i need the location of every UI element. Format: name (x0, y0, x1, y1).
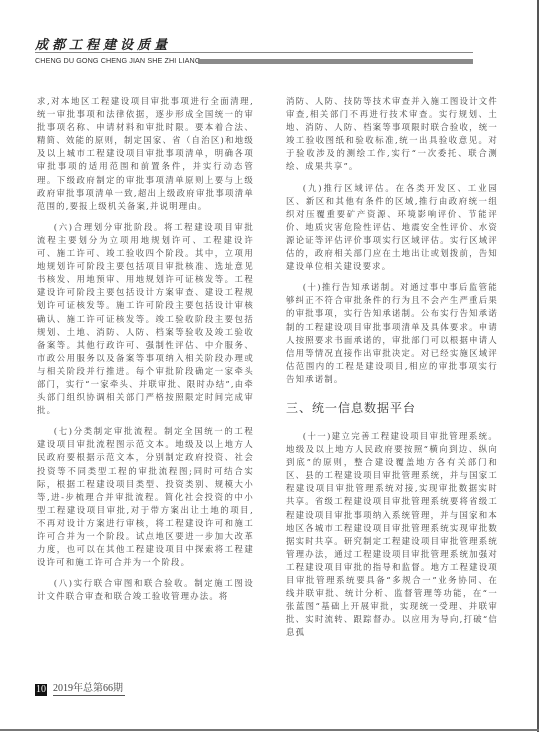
paragraph-continuation: 求,对本地区工程建设项目审批事项进行全面清理,统一审批事项和法律依据，逐步形成全… (37, 95, 254, 213)
paragraph-6: (六)合理划分审批阶段。将工程建设项目审批流程主要划分为立项用地规划许可、工程建… (37, 221, 254, 417)
section-heading: 三、统一信息数据平台 (286, 400, 498, 416)
page-bottom-border (0, 729, 539, 731)
masthead-decorative-bar (198, 59, 473, 64)
paragraph-10: (十)推行告知承诺制。对通过事中事后监管能够纠正不符合审批条件的行为且不会产生严… (286, 281, 498, 386)
paragraph-8: (八)实行联合审图和联合验收。制定施工图设计文件联合审查和联合竣工验收管理办法。… (37, 577, 254, 603)
issue-label: 2019年总第66期 (53, 683, 125, 696)
paragraph-11: (十一)建立完善工程建设项目审批管理系统。地级及以上地方人民政府要按照“横向到边… (286, 430, 498, 640)
masthead-pinyin: CHENG DU GONG CHENG JIAN SHE ZHI LIANG (35, 56, 201, 65)
right-column: 消防、人防、技防等技术审查并入施工图设计文件审查,相关部门不再进行技术审查。实行… (286, 95, 498, 647)
masthead-title: 成都工程建设质量 (35, 34, 171, 53)
page-footer: 10 2019年总第66期 (35, 683, 125, 696)
paragraph-7: (七)分类制定审批流程。制定全国统一的工程建设项目审批流程图示范文本。地级及以上… (37, 425, 254, 569)
paragraph-8-continuation: 消防、人防、技防等技术审查并入施工图设计文件审查,相关部门不再进行技术审查。实行… (286, 95, 498, 174)
left-column: 求,对本地区工程建设项目审批事项进行全面清理,统一审批事项和法律依据，逐步形成全… (37, 95, 254, 611)
paragraph-9: (九)推行区域评估。在各类开发区、工业园区、新区和其他有条件的区域,推行由政府统… (286, 182, 498, 274)
page-number: 10 (35, 684, 47, 696)
masthead-divider (35, 52, 473, 53)
